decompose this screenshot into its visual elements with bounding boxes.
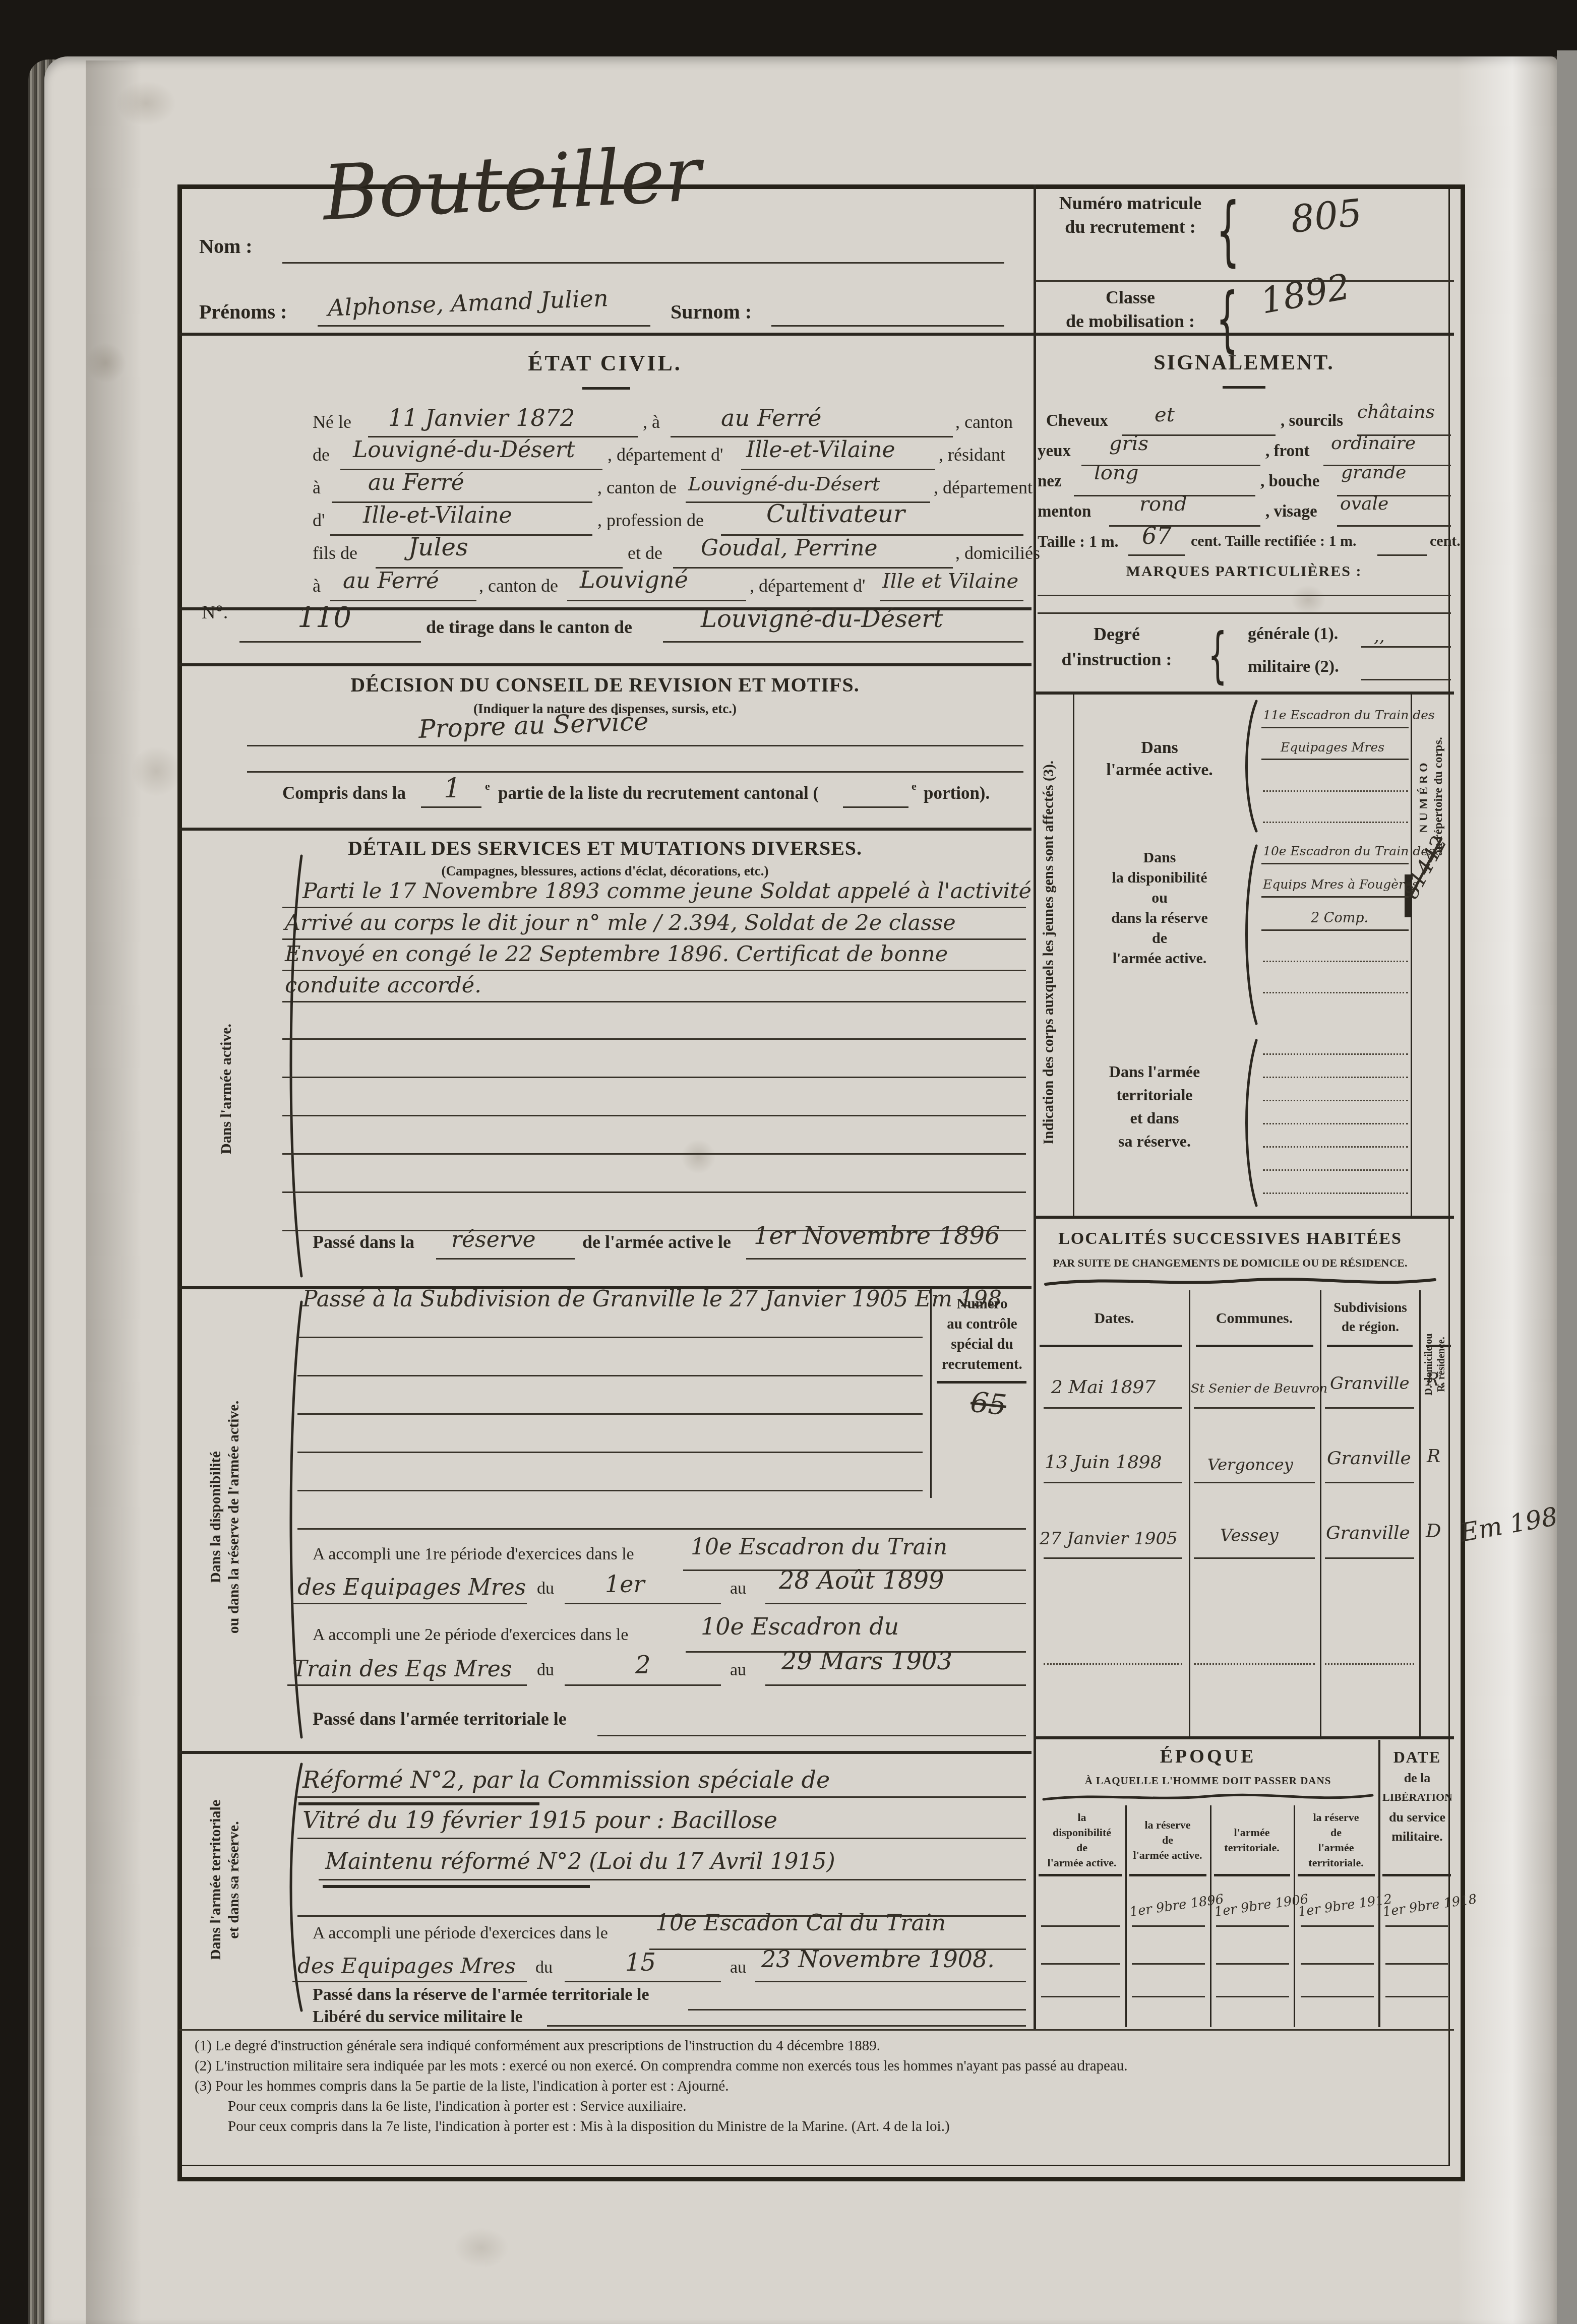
front-value: ordinaire <box>1331 434 1416 453</box>
periode1-corps: 10e Escadron du Train <box>691 1536 947 1558</box>
blank-line <box>843 806 908 808</box>
footnote-4: Pour ceux compris dans la 6e liste, l'in… <box>228 2099 687 2114</box>
blank-line <box>567 600 746 601</box>
sourcils-label: , sourcils <box>1281 412 1343 430</box>
blank-line <box>1044 1407 1182 1409</box>
fils-de-label: fils de <box>313 544 357 563</box>
blank-line <box>663 641 1023 643</box>
blank-line <box>1301 1963 1374 1965</box>
blank-line <box>1263 1100 1408 1101</box>
blank-line <box>1361 679 1451 680</box>
blank-line <box>282 938 1026 940</box>
d-label: d' <box>313 511 325 530</box>
prenoms-line <box>318 325 650 327</box>
pere-value: Jules <box>408 535 468 559</box>
blank-line <box>565 1603 721 1604</box>
gutter-territoriale-line1: Dans l'armée territoriale <box>207 1800 224 1960</box>
col-communes-header: Communes. <box>1194 1310 1315 1327</box>
blank-line <box>1261 727 1409 728</box>
date-naissance: 11 Janvier 1872 <box>388 406 575 429</box>
visage-value: ovale <box>1340 495 1388 513</box>
blank-line <box>1044 1482 1182 1483</box>
taille-label: Taille : 1 m. <box>1038 533 1119 550</box>
epoque-col2-l3: l'armée active. <box>1127 1849 1208 1861</box>
etat-civil-title-rule <box>582 387 630 390</box>
binding-gutter-shadow <box>86 60 141 2324</box>
epoque-head-rule <box>1214 1874 1290 1876</box>
gutter-disponibilite-line2: ou dans la réserve de l'armée active. <box>225 1401 242 1634</box>
departement-label: , département <box>934 478 1033 497</box>
etat-civil-title: ÉTAT CIVIL. <box>252 352 958 375</box>
nom-line <box>282 262 1004 264</box>
yeux-label: yeux <box>1038 443 1071 460</box>
de-label: de <box>313 446 330 465</box>
blank-line <box>297 1375 923 1376</box>
yeux-value: gris <box>1109 433 1148 454</box>
blank-line <box>247 745 1023 746</box>
localite-2-dr: R <box>1427 1448 1440 1466</box>
blank-line <box>1263 822 1408 823</box>
blank-line <box>1132 1963 1205 1965</box>
corps-dispo-hw-2: Equips Mres à Fougères <box>1263 878 1419 891</box>
blank-line <box>1041 1963 1120 1965</box>
au-label: au <box>730 1580 746 1598</box>
detail-title: DÉTAIL DES SERVICES ET MUTATIONS DIVERSE… <box>242 838 968 859</box>
blank-line <box>1044 1663 1182 1665</box>
blank-line <box>755 1981 1026 1982</box>
scanner-background-strip <box>1557 50 1577 2324</box>
blank-line <box>1337 525 1451 527</box>
cheveux-value: et <box>1155 405 1175 425</box>
epoque-head-rule <box>1039 1874 1122 1876</box>
blank-line <box>1263 992 1408 993</box>
matricule-rule <box>1036 280 1454 282</box>
surnom-label: Surnom : <box>671 301 752 323</box>
dispo-label-2: la disponibilité <box>1084 870 1235 886</box>
decision-value: Propre au Service <box>418 709 649 742</box>
blank-line <box>547 2025 1026 2027</box>
matricule-label-2: du recrutement : <box>1042 218 1219 237</box>
epoque-head-rule <box>1129 1874 1206 1876</box>
blank-line <box>741 469 935 470</box>
canton-parents: Louvigné <box>580 568 688 591</box>
blank-line <box>1109 525 1260 527</box>
blank-line <box>1263 790 1408 792</box>
blank-line <box>597 1735 1026 1736</box>
section-rule <box>1036 692 1454 695</box>
footnote-1: (1) Le degré d'instruction générale sera… <box>195 2038 880 2053</box>
blank-line <box>1325 1482 1414 1483</box>
epoque-col4-l2: de <box>1296 1827 1376 1838</box>
blank-line <box>688 2009 1026 2011</box>
blank-line <box>1216 1925 1289 1927</box>
epoque-col2-l2: de <box>1127 1834 1208 1846</box>
controle-label-3: spécial du <box>933 1337 1032 1352</box>
epoque-col1-l2: disponibilité <box>1040 1827 1124 1838</box>
passe-reserve-label-2: de l'armée active le <box>582 1233 731 1252</box>
armee-active-label-2: l'armée active. <box>1084 761 1235 779</box>
mere-value: Goudal, Perrine <box>701 537 878 559</box>
col-subdivisions-header-1: Subdivisions <box>1325 1300 1416 1314</box>
blank-line <box>319 1879 1026 1880</box>
departement-residence: Ille-et-Vilaine <box>363 505 512 527</box>
section-rule <box>1036 1216 1454 1219</box>
epoque-col1-l3: de <box>1040 1842 1124 1853</box>
territoriale-label-2: territoriale <box>1079 1087 1230 1104</box>
corps-brace-c <box>1241 1037 1258 1209</box>
tirage-canton-value: Louvigné-du-Désert <box>701 607 943 631</box>
footnote-5: Pour ceux compris dans la 7e liste, l'in… <box>228 2119 950 2134</box>
header-rule <box>179 333 1454 336</box>
localite-1-date: 2 Mai 1897 <box>1051 1378 1156 1397</box>
profession-label: , profession de <box>597 511 704 530</box>
canton-de-label: , canton de <box>479 577 558 596</box>
gutter-territoriale-line2: et dans sa réserve. <box>225 1821 242 1938</box>
date-lib-header-2: de la <box>1382 1771 1452 1785</box>
dispo-label-1: Dans <box>1084 850 1235 866</box>
departement-label: , département d' <box>608 446 723 465</box>
footnote-3: (3) Pour les hommes compris dans la 5e p… <box>195 2079 729 2094</box>
controle-label-1: Numéro <box>933 1296 1032 1311</box>
blank-line <box>1263 1053 1408 1055</box>
nom-label: Nom : <box>199 236 253 257</box>
epoque-col4-l3: l'armée <box>1296 1842 1376 1853</box>
matricule-value: 805 <box>1289 194 1364 238</box>
blank-line <box>1263 1192 1408 1194</box>
periode2-fin: 29 Mars 1903 <box>781 1649 952 1673</box>
localite-1-dr: R. <box>1426 1371 1445 1389</box>
corps-brace-b <box>1241 843 1258 1027</box>
sourcils-value: châtains <box>1357 403 1435 421</box>
localite-2-commune: Vergoncey <box>1207 1457 1293 1473</box>
canton-de-label: , canton de <box>597 478 677 497</box>
territoriale-label-3: et dans <box>1079 1110 1230 1127</box>
epoque-col4-l4: territoriale. <box>1296 1857 1376 1868</box>
nom-value: Bouteiller <box>321 136 703 231</box>
tirage-canton-label: de tirage dans le canton de <box>426 618 632 637</box>
localites-head-rule <box>1196 1345 1313 1347</box>
compris-label: Compris dans la <box>282 784 406 803</box>
controle-label-4: recrutement. <box>933 1357 1032 1372</box>
service-entry-2: Arrivé au corps le dit jour n° mle / 2.3… <box>285 912 956 934</box>
service-entry-4: conduite accordé. <box>285 975 481 996</box>
localite-2-subdivision: Granville <box>1327 1450 1411 1468</box>
taille-rectifiee-label: cent. Taille rectifiée : 1 m. <box>1191 533 1357 549</box>
corps-dispo-hw-3: 2 Comp. <box>1311 911 1368 925</box>
menton-label: menton <box>1038 503 1091 521</box>
blank-line <box>292 1603 527 1604</box>
menton-value: rond <box>1139 494 1187 514</box>
compris-partie-value: 1 <box>444 775 461 802</box>
dispo-label-6: l'armée active. <box>1084 951 1235 967</box>
blank-line <box>765 1603 1026 1604</box>
localite-2-date: 13 Juin 1898 <box>1045 1454 1162 1472</box>
periode3-debut: 15 <box>625 1951 656 1975</box>
blank-line <box>1263 1077 1408 1078</box>
blank-line <box>1261 759 1409 760</box>
passe-reserve-date: 1er Novembre 1896 <box>754 1224 1000 1248</box>
blank-line <box>282 1038 1026 1040</box>
au-label: au <box>730 1661 746 1679</box>
dispo-label-5: de <box>1084 930 1235 947</box>
degre-generale-mark: ,, <box>1374 628 1385 645</box>
au-label: au <box>730 1959 746 1977</box>
compris-label-2: partie de la liste du recrutement canton… <box>498 784 819 803</box>
periode1-debut: 1er <box>605 1573 644 1596</box>
degre-brace: { <box>1208 624 1227 687</box>
epoque-head-rule <box>1298 1874 1375 1876</box>
col-domicile-residence-header: D. domicile ouR. résidence. <box>1423 1291 1448 1437</box>
periode2-label: A accompli une 2e période d'exercices da… <box>313 1626 628 1644</box>
blank-line <box>1041 1925 1120 1927</box>
passe-reserve-label: Passé dans la <box>313 1233 414 1252</box>
blank-line <box>1377 554 1427 556</box>
visage-label: , visage <box>1265 503 1317 521</box>
a-label: à <box>313 577 321 596</box>
cheveux-label: Cheveux <box>1046 412 1108 430</box>
reforme-underline <box>298 1802 539 1805</box>
page-right-margin <box>1457 56 1558 2324</box>
profession-value: Cultivateur <box>766 502 905 526</box>
localite-3-dr: D <box>1426 1521 1441 1540</box>
section-rule <box>179 828 1032 831</box>
blank-line <box>436 1258 575 1260</box>
armee-active-label-1: Dans <box>1084 739 1235 757</box>
degre-label-1: Degré <box>1054 625 1180 644</box>
bouche-value: grande <box>1341 464 1406 482</box>
marques-label: MARQUES PARTICULIÈRES : <box>1039 563 1449 580</box>
column-divider <box>1034 184 1036 2029</box>
dispo-label-4: dans la réserve <box>1084 910 1235 926</box>
localites-subtitle: PAR SUITE DE CHANGEMENTS DE DOMICILE OU … <box>1039 1257 1422 1269</box>
blank-line <box>297 1490 923 1491</box>
localites-col-line <box>1419 1290 1421 1736</box>
blank-line <box>1261 896 1409 898</box>
nez-value: long <box>1094 463 1138 483</box>
gutter-disponibilite-label: Dans la disponibilitéou dans la réserve … <box>207 1285 243 1749</box>
blank-line <box>673 567 953 569</box>
lieu-naissance: au Ferré <box>721 406 822 429</box>
blank-line <box>1194 1557 1315 1559</box>
blank-line <box>282 1191 1026 1193</box>
swash-divider <box>1044 1275 1437 1288</box>
canton-label: , canton <box>955 413 1013 432</box>
date-lib-header-4: du service <box>1382 1810 1452 1824</box>
localites-head-rule <box>1040 1345 1182 1347</box>
epoque-subtitle: À LAQUELLE L'HOMME DOIT PASSER DANS <box>1039 1775 1377 1786</box>
footnote-divider <box>179 2029 1454 2031</box>
reforme-entry-1: Réformé N°2, par la Commission spéciale … <box>302 1768 830 1791</box>
epoque-col-line <box>1210 1805 1211 2027</box>
reforme-entry-3: Maintenu réformé N°2 (Loi du 17 Avril 19… <box>325 1851 835 1873</box>
swash-divider <box>1042 1791 1374 1803</box>
passe-reserve-territoriale-label: Passé dans la réserve de l'armée territo… <box>313 1986 649 2004</box>
localites-col-line <box>1189 1290 1190 1736</box>
blank-line <box>1385 1925 1448 1927</box>
blank-line <box>1216 1963 1289 1965</box>
blank-line <box>765 1684 1026 1686</box>
decision-title: DÉCISION DU CONSEIL DE REVISION ET MOTIF… <box>252 674 958 696</box>
degre-militaire-label: militaire (2). <box>1248 658 1339 676</box>
blank-line <box>292 1981 527 1982</box>
signalement-title-rule <box>1223 386 1265 389</box>
maintenu-underline <box>323 1885 590 1888</box>
domicile-parents: au Ferré <box>343 570 439 592</box>
periode3-corps-2: des Equipages Mres <box>297 1956 516 1977</box>
matricule-label-1: Numéro matricule <box>1042 194 1219 213</box>
blank-line <box>1261 929 1409 931</box>
gutter-territoriale-label: Dans l'armée territorialeet dans sa rése… <box>207 1744 243 2016</box>
blank-line <box>1132 1925 1205 1927</box>
et-de-label: et de <box>628 544 662 563</box>
blank-line <box>297 1413 923 1415</box>
localites-head-rule <box>1327 1345 1413 1347</box>
blank-line <box>1038 595 1451 596</box>
controle-box-border <box>930 1286 932 1498</box>
libere-label: Libéré du service militaire le <box>313 2008 523 2026</box>
subdivision-entry: Passé à la Subdivision de Granville le 2… <box>302 1288 1002 1310</box>
corps-brace-a <box>1241 698 1258 834</box>
service-entry-1: Parti le 17 Novembre 1893 comme jeune So… <box>302 881 1032 902</box>
blank-line <box>1301 1925 1374 1927</box>
territoriale-label-4: sa réserve. <box>1079 1133 1230 1150</box>
blank-line <box>565 1981 721 1982</box>
localite-1-subdivision: Granville <box>1330 1375 1410 1392</box>
footnote-2: (2) L'instruction militaire sera indiqué… <box>195 2058 1128 2074</box>
controle-value-crossed: 65 <box>969 1388 1008 1420</box>
corps-active-hw-2: Equipages Mres <box>1281 741 1384 753</box>
corps-dispo-hw-1: 10e Escadron du Train des <box>1263 845 1435 857</box>
blank-line <box>1132 1996 1205 1997</box>
blank-line <box>282 1153 1026 1155</box>
repertoire-divider <box>1411 692 1412 1216</box>
corps-active-hw-1: 11e Escadron du Train des <box>1263 709 1435 721</box>
reforme-entry-2: Vitré du 19 février 1915 pour : Bacillos… <box>302 1808 777 1832</box>
col-subdivisions-header-2: de région. <box>1325 1320 1416 1334</box>
blank-line <box>1261 863 1409 864</box>
a-label: , à <box>643 413 660 432</box>
section-rule <box>179 663 1032 666</box>
blank-line <box>565 1684 721 1686</box>
blank-line <box>1385 1996 1448 1997</box>
cent-label: cent. <box>1430 533 1461 549</box>
repertoire-line1: NUMÉRO <box>1417 760 1430 833</box>
degre-generale-label: générale (1). <box>1248 625 1338 643</box>
superscript-e: e <box>912 780 917 792</box>
epoque-col4-l1: la réserve <box>1296 1811 1376 1823</box>
matricule-brace: { <box>1216 192 1240 271</box>
epoque-col1-l4: l'armée active. <box>1040 1857 1124 1868</box>
periode2-debut: 2 <box>635 1653 651 1677</box>
blank-line <box>1263 1169 1408 1171</box>
localite-3-date: 27 Janvier 1905 <box>1040 1530 1178 1547</box>
superscript-e: e <box>485 780 490 792</box>
degre-label-2: d'instruction : <box>1054 650 1180 669</box>
blank-line <box>1263 961 1408 962</box>
signalement-title: SIGNALEMENT. <box>1039 352 1449 374</box>
passe-reserve-value-1: réserve <box>451 1229 536 1251</box>
blank-line <box>247 771 1023 773</box>
surnom-line <box>771 325 1004 327</box>
blank-line <box>1301 1996 1374 1997</box>
blank-line <box>1385 1963 1448 1965</box>
date-lib-header-3: LIBÉRATION <box>1382 1791 1452 1803</box>
epoque-date-divider <box>1378 1740 1380 2027</box>
periode3-fin: 23 Novembre 1908. <box>761 1948 995 1971</box>
prenoms-label: Prénoms : <box>199 301 287 323</box>
periode3-corps: 10e Escadon Cal du Train <box>655 1912 946 1934</box>
localites-col-line <box>1320 1290 1321 1736</box>
periode1-fin: 28 Août 1899 <box>779 1568 944 1593</box>
blank-line <box>282 1077 1026 1078</box>
section-rule <box>1036 1736 1454 1739</box>
blank-line <box>297 1838 1026 1839</box>
gutter-disponibilite-line1: Dans la disponibilité <box>207 1451 224 1583</box>
du-label: du <box>537 1661 554 1679</box>
controle-label-2: au contrôle <box>933 1316 1032 1332</box>
passe-territoriale-label: Passé dans l'armée territoriale le <box>313 1710 567 1729</box>
periode1-corps-2: des Equipages Mres <box>297 1577 526 1599</box>
blank-line <box>297 1337 923 1338</box>
gutter-armee-active-label: Dans l'armée active. <box>218 1024 235 1154</box>
numero-tirage-label: N°. <box>202 603 228 623</box>
date-lib-header-1: DATE <box>1382 1749 1452 1766</box>
canton-residence: Louvigné-du-Désert <box>688 474 880 493</box>
departement-parents: Ille et Vilaine <box>882 571 1018 591</box>
register-sheet: Nom : Bouteiller Prénoms : Alphonse, Ama… <box>0 0 1577 2324</box>
blank-line <box>1263 1123 1408 1124</box>
bouche-label: , bouche <box>1260 473 1319 490</box>
blank-line <box>746 1258 1026 1260</box>
corps-label-divider <box>1073 692 1074 1216</box>
classe-brace: { <box>1216 282 1239 356</box>
ne-le-label: Né le <box>313 413 351 432</box>
blank-line <box>1216 1996 1289 1997</box>
blank-line <box>421 806 481 808</box>
blank-line <box>297 1452 923 1453</box>
blank-line <box>1325 1407 1414 1409</box>
taille-value: 67 <box>1142 524 1172 547</box>
detail-subtitle: (Campagnes, blessures, actions d'éclat, … <box>242 864 968 878</box>
du-label: du <box>537 1580 554 1598</box>
blank-line <box>297 1528 1026 1530</box>
du-label: du <box>535 1959 553 1977</box>
blank-line <box>1194 1482 1315 1483</box>
epoque-col-line <box>1125 1805 1127 2027</box>
blank-line <box>1128 554 1185 556</box>
localite-3-commune: Vessey <box>1220 1527 1279 1544</box>
localites-title: LOCALITÉS SUCCESSIVES HABITÉES <box>1039 1230 1422 1248</box>
controle-rule <box>937 1381 1026 1384</box>
localite-3-subdivision: Granville <box>1326 1524 1410 1542</box>
epoque-col-line <box>1294 1805 1295 2027</box>
blank-line <box>239 641 421 643</box>
blank-line <box>880 600 1023 601</box>
departement-naissance: Ille-et-Vilaine <box>746 439 895 461</box>
localite-1-commune: St Senier de Beuvron <box>1191 1382 1327 1395</box>
periode2-corps-2: Train des Eqs Mres <box>292 1658 512 1680</box>
nez-label: nez <box>1038 473 1062 490</box>
blank-line <box>282 1001 1026 1002</box>
dispo-label-3: ou <box>1084 890 1235 906</box>
classe-label-1: Classe <box>1042 288 1219 307</box>
residant-label: , résidant <box>939 446 1005 465</box>
domicilies-label: , domiciliés <box>955 544 1040 563</box>
blank-line <box>282 907 1026 908</box>
blank-line <box>1325 1663 1414 1665</box>
numero-tirage-value: 110 <box>297 604 351 632</box>
blank-line <box>1325 1557 1414 1559</box>
